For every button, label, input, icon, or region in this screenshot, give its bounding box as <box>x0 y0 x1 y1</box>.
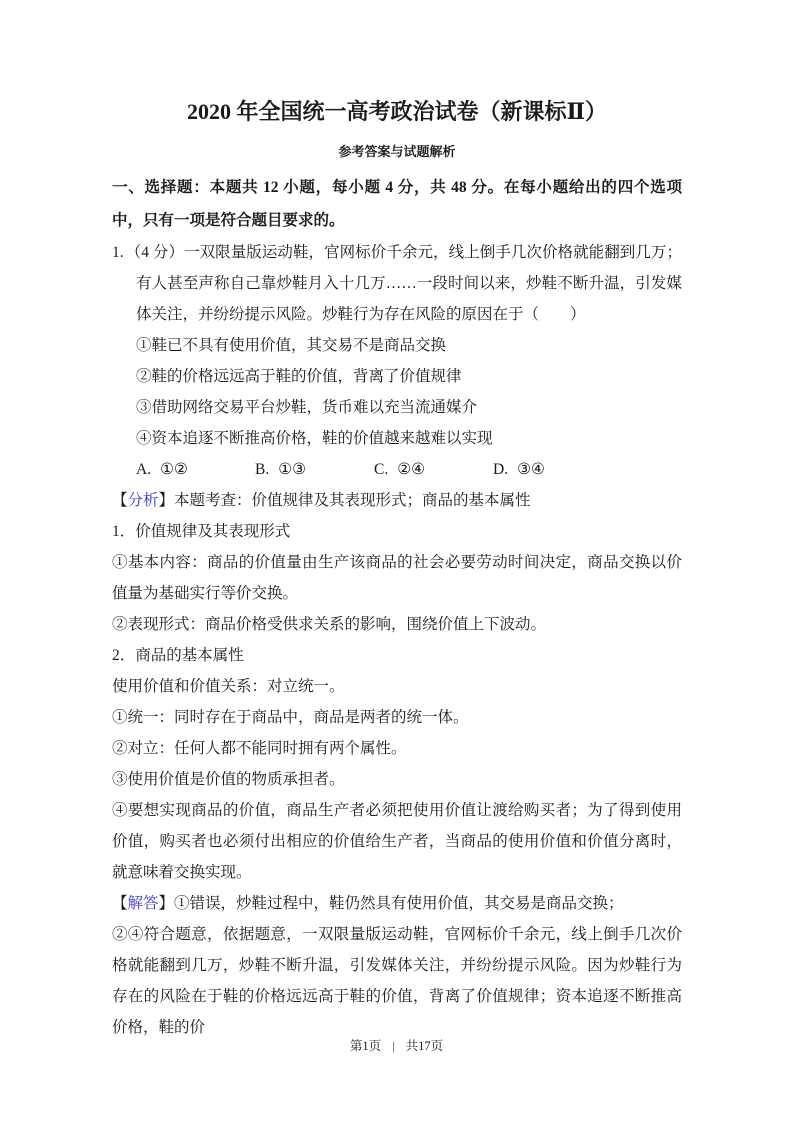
analysis-point: 使用价值和价值关系：对立统一。 <box>112 671 682 702</box>
analysis-point: ③使用价值是价值的物质承担者。 <box>112 764 682 795</box>
document-page: 2020 年全国统一高考政治试卷（新课标Ⅱ） 参考答案与试题解析 一、选择题：本… <box>0 0 793 1122</box>
answer-tag-close: 】 <box>159 895 175 912</box>
question-stem: 1.（4 分）一双限量版运动鞋，官网标价千余元，线上倒手几次价格就能翻到几万；有… <box>112 237 682 330</box>
analysis-point: ①基本内容：商品的价值量由生产该商品的社会必要劳动时间决定，商品交换以价值量为基… <box>112 547 682 609</box>
analysis-point: ①统一：同时存在于商品中，商品是两者的统一体。 <box>112 702 682 733</box>
analysis-point: ②对立：任何人都不能同时拥有两个属性。 <box>112 733 682 764</box>
choice-b-value: ①③ <box>278 461 306 478</box>
section-header: 一、选择题：本题共 12 小题，每小题 4 分，共 48 分。在每小题给出的四个… <box>112 171 682 237</box>
statement-2: ②鞋的价格远远高于鞋的价值，背离了价值规律 <box>112 361 682 392</box>
choices-row: A.①② B.①③ C.②④ D.③④ <box>112 454 682 485</box>
analysis-tag-close: 】 <box>159 492 175 509</box>
question-number: 1. <box>112 244 124 261</box>
choice-a-value: ①② <box>160 461 188 478</box>
answer-tag: 解答 <box>128 895 159 912</box>
statement-3: ③借助网络交易平台炒鞋，货币难以充当流通媒介 <box>112 392 682 423</box>
question-stem-text: 一双限量版运动鞋，官网标价千余元，线上倒手几次价格就能翻到几万；有人甚至声称自己… <box>136 244 682 323</box>
answer-first-line-text: ①错误，炒鞋过程中，鞋仍然具有使用价值，其交易是商品交换； <box>174 895 624 912</box>
statement-4: ④资本追逐不断推高价格，鞋的价值越来越难以实现 <box>112 423 682 454</box>
analysis-point: 1．价值规律及其表现形式 <box>112 516 682 547</box>
choice-b-label: B. <box>255 461 269 478</box>
analysis-intro-line: 【分析】本题考查：价值规律及其表现形式；商品的基本属性 <box>112 485 682 516</box>
analysis-point: ②表现形式：商品价格受供求关系的影响，围绕价值上下波动。 <box>112 609 682 640</box>
analysis-tag: 分析 <box>128 492 159 509</box>
choice-d-label: D. <box>493 461 508 478</box>
analysis-point: 2．商品的基本属性 <box>112 640 682 671</box>
question-block: 1.（4 分）一双限量版运动鞋，官网标价千余元，线上倒手几次价格就能翻到几万；有… <box>112 237 682 1043</box>
page-title: 2020 年全国统一高考政治试卷（新课标Ⅱ） <box>112 97 682 127</box>
choice-d: D.③④ <box>493 454 545 485</box>
choice-a-label: A. <box>136 461 151 478</box>
page-subtitle: 参考答案与试题解析 <box>112 143 682 160</box>
choice-c: C.②④ <box>374 454 493 485</box>
choice-a: A.①② <box>136 454 255 485</box>
choice-b: B.①③ <box>255 454 374 485</box>
answer-first-line: 【解答】①错误，炒鞋过程中，鞋仍然具有使用价值，其交易是商品交换； <box>112 888 682 919</box>
statement-1: ①鞋已不具有使用价值，其交易不是商品交换 <box>112 330 682 361</box>
analysis-point: ④要想实现商品的价值，商品生产者必须把使用价值让渡给购买者；为了得到使用价值，购… <box>112 795 682 888</box>
page-footer: 第1页|共17页 <box>0 1038 793 1054</box>
analysis-tag-open: 【 <box>112 492 128 509</box>
answer-continuation: ②④符合题意，依据题意，一双限量版运动鞋，官网标价千余元，线上倒手几次价格就能翻… <box>112 919 682 1043</box>
choice-c-label: C. <box>374 461 388 478</box>
footer-separator: | <box>392 1039 395 1053</box>
analysis-intro-text: 本题考查：价值规律及其表现形式；商品的基本属性 <box>174 492 531 509</box>
choice-c-value: ②④ <box>397 461 425 478</box>
choice-d-value: ③④ <box>517 461 545 478</box>
footer-total-pages: 共17页 <box>406 1039 444 1053</box>
footer-page-number: 第1页 <box>350 1039 381 1053</box>
question-score: （4 分） <box>126 244 184 261</box>
answer-tag-open: 【 <box>112 895 128 912</box>
